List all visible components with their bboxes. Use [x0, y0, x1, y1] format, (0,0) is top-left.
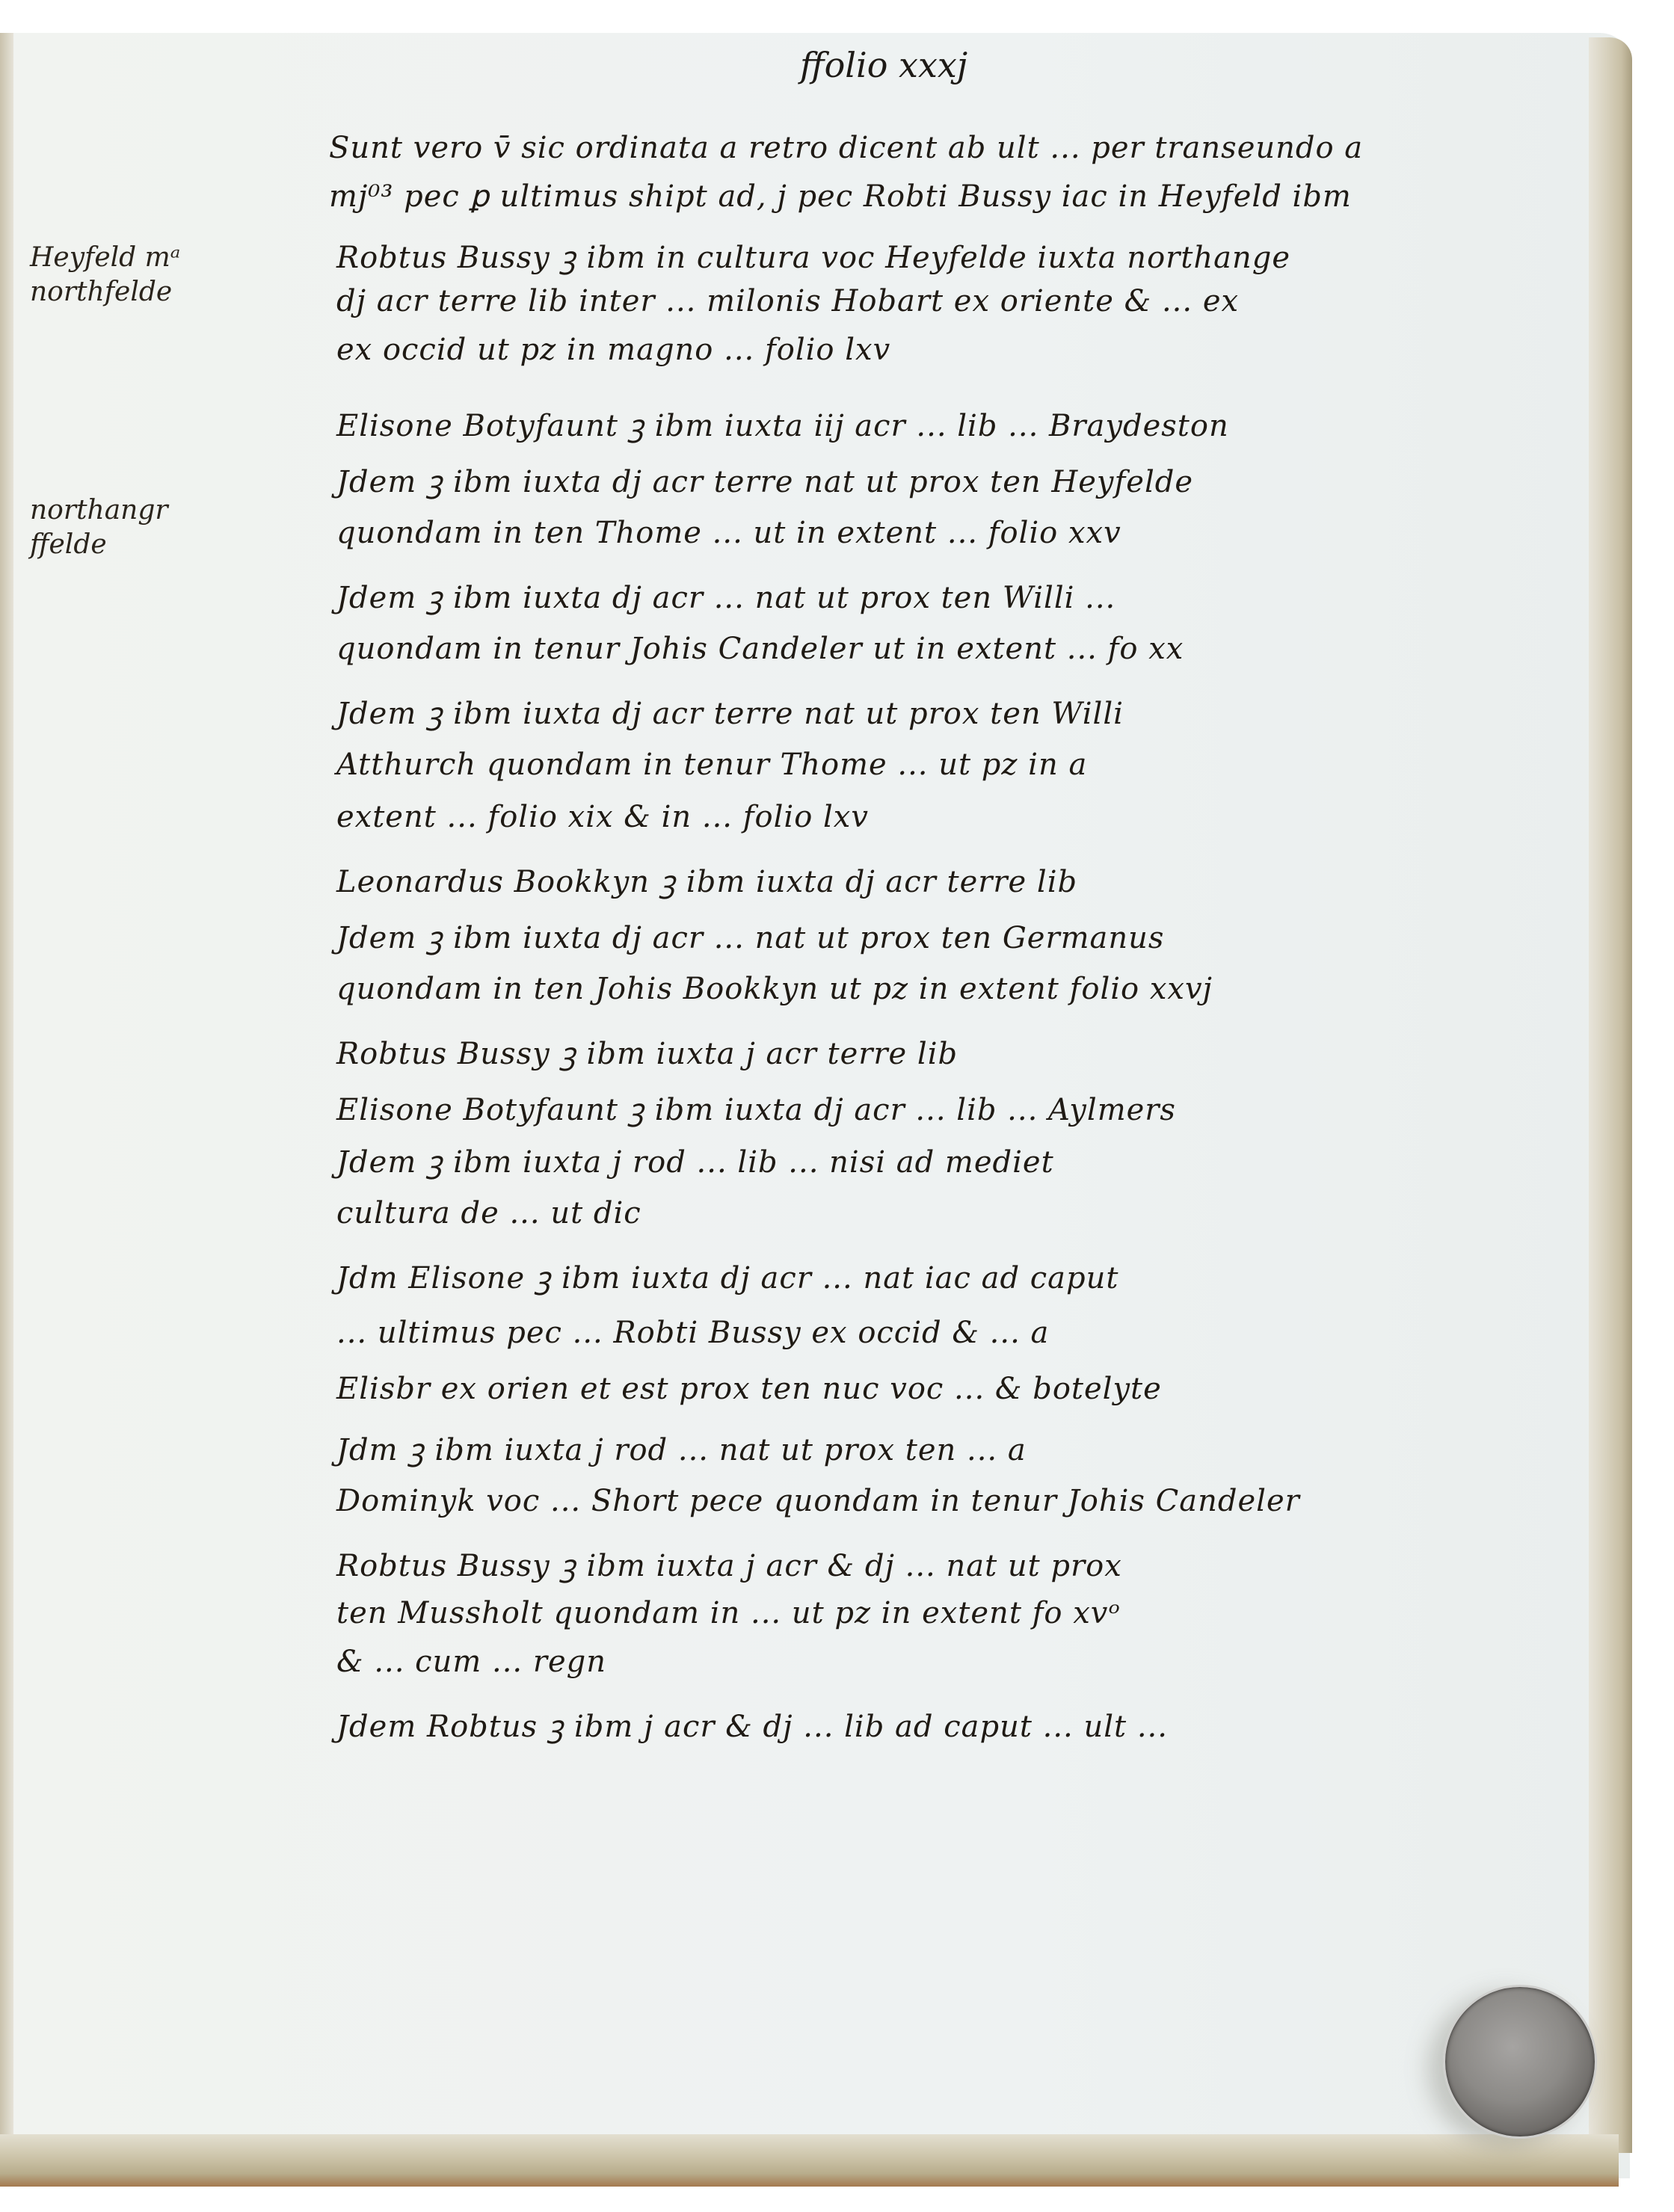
manuscript-line: Jdm ꝫ ibm iuxta j rod ... nat ut prox te… — [336, 1428, 1027, 1469]
manuscript-line: Jdem ꝫ ibm iuxta dj acr terre nat ut pro… — [336, 691, 1124, 733]
manuscript-line: Elisone Botyfaunt ꝫ ibm iuxta dj acr ...… — [336, 1088, 1176, 1129]
manuscript-line: extent ... folio xix & in ... folio lxv — [336, 800, 869, 834]
manuscript-line: quondam in ten Johis Bookkyn ut pz in ex… — [336, 972, 1213, 1006]
manuscript-line: Jdem ꝫ ibm iuxta dj acr terre nat ut pro… — [336, 460, 1193, 501]
manuscript-line: quondam in ten Thome ... ut in extent ..… — [336, 516, 1121, 550]
metal-boss — [1443, 1985, 1597, 2139]
manuscript-line: Robtus Bussy ꝫ ibm iuxta j acr terre lib — [336, 1032, 958, 1073]
manuscript-line: Jdem ꝫ ibm iuxta dj acr ... nat ut prox … — [336, 916, 1164, 957]
manuscript-line: Sunt vero v̄ sic ordinata a retro dicent… — [329, 131, 1363, 165]
manuscript-line: quondam in tenur Johis Candeler ut in ex… — [336, 632, 1184, 666]
folio-heading: ffolio xxxj — [800, 45, 967, 85]
manuscript-line: Atthurch quondam in tenur Thome ... ut p… — [336, 748, 1087, 782]
page-bottom-edge — [0, 2134, 1619, 2187]
manuscript-line: Robtus Bussy ꝫ ibm in cultura voc Heyfel… — [336, 235, 1290, 277]
margin-note-heyfeld: Heyfeld mᵃ northfelde — [30, 241, 180, 309]
page-fore-edge — [1589, 37, 1632, 2153]
manuscript-line: ten Mussholt quondam in ... ut pz in ext… — [336, 1596, 1121, 1630]
margin-note-northangr: northangr ffelde — [30, 493, 168, 562]
manuscript-line: ex occid ut pz in magno ... folio lxv — [336, 333, 890, 367]
manuscript-line: Dominyk voc ... Short pece quondam in te… — [336, 1484, 1300, 1518]
manuscript-line: mj⁰³ pec ꝑ ultimus shipt ad, j pec Robti… — [329, 179, 1352, 214]
manuscript-line: Elisone Botyfaunt ꝫ ibm iuxta iij acr ..… — [336, 404, 1229, 445]
manuscript-line: Robtus Bussy ꝫ ibm iuxta j acr & dj ... … — [336, 1544, 1122, 1585]
manuscript-line: ... ultimus pec ... Robti Bussy ex occid… — [336, 1316, 1049, 1350]
manuscript-line: dj acr terre lib inter ... milonis Hobar… — [336, 284, 1239, 318]
manuscript-line: Jdem ꝫ ibm iuxta j rod ... lib ... nisi … — [336, 1140, 1054, 1181]
manuscript-line: & ... cum ... regn — [336, 1645, 606, 1679]
manuscript-line: Jdem ꝫ ibm iuxta dj acr ... nat ut prox … — [336, 576, 1116, 617]
manuscript-line: Jdem Robtus ꝫ ibm j acr & dj ... lib ad … — [336, 1704, 1168, 1746]
manuscript-line: Leonardus Bookkyn ꝫ ibm iuxta dj acr ter… — [336, 860, 1077, 901]
manuscript-line: Jdm Elisone ꝫ ibm iuxta dj acr ... nat i… — [336, 1256, 1118, 1297]
binding-gutter — [0, 33, 13, 2178]
manuscript-line: Elisbr ex orien et est prox ten nuc voc … — [336, 1372, 1162, 1406]
manuscript-line: cultura de ... ut dic — [336, 1196, 641, 1230]
